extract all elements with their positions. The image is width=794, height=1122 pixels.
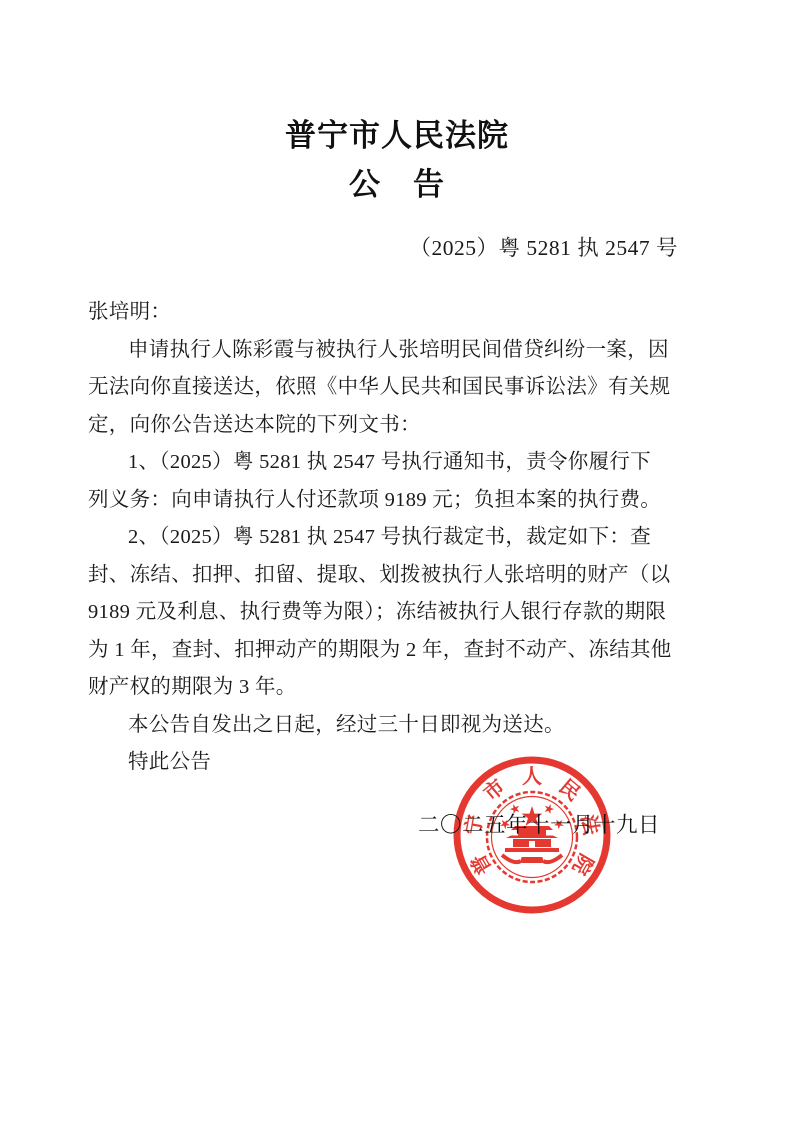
body-line: 定，向你公告送达本院的下列文书： (88, 407, 713, 445)
body-line: 为 1 年，查封、扣押动产的期限为 2 年，查封不动产、冻结其他 (88, 632, 713, 670)
announcement-page: 普宁市人民法院 公 告 （2025）粤 5281 执 2547 号 张培明：申请… (0, 0, 794, 1122)
case-number: （2025）粤 5281 执 2547 号 (409, 231, 678, 262)
body-line: 9189 元及利息、执行费等为限）；冻结被执行人银行存款的期限 (88, 594, 713, 632)
seal-character: 人 (522, 765, 542, 788)
body-line: 无法向你直接送达，依照《中华人民共和国民事诉讼法》有关规 (88, 369, 713, 407)
body-line: 封、冻结、扣押、扣留、提取、划拨被执行人张培明的财产（以 (88, 557, 713, 595)
body-line: 张培明： (88, 294, 713, 332)
body-line: 2、（2025）粤 5281 执 2547 号执行裁定书，裁定如下：查 (88, 519, 713, 557)
body-line: 本公告自发出之日起，经过三十日即视为送达。 (88, 707, 713, 745)
body-text: 张培明：申请执行人陈彩霞与被执行人张培明民间借贷纠纷一案，因无法向你直接送达，依… (88, 294, 713, 782)
issue-date: 二〇二五年十一月十九日 (418, 812, 660, 838)
body-line: 申请执行人陈彩霞与被执行人张培明民间借贷纠纷一案，因 (88, 332, 713, 370)
body-line: 1、（2025）粤 5281 执 2547 号执行通知书，责令你履行下 (88, 444, 713, 482)
body-line: 列义务：向申请执行人付还款项 9189 元；负担本案的执行费。 (88, 482, 713, 520)
body-line: 特此公告 (88, 744, 713, 782)
doc-type-title: 公 告 (0, 159, 794, 204)
body-line: 财产权的期限为 3 年。 (88, 669, 713, 707)
court-name-title: 普宁市人民法院 (0, 110, 794, 155)
